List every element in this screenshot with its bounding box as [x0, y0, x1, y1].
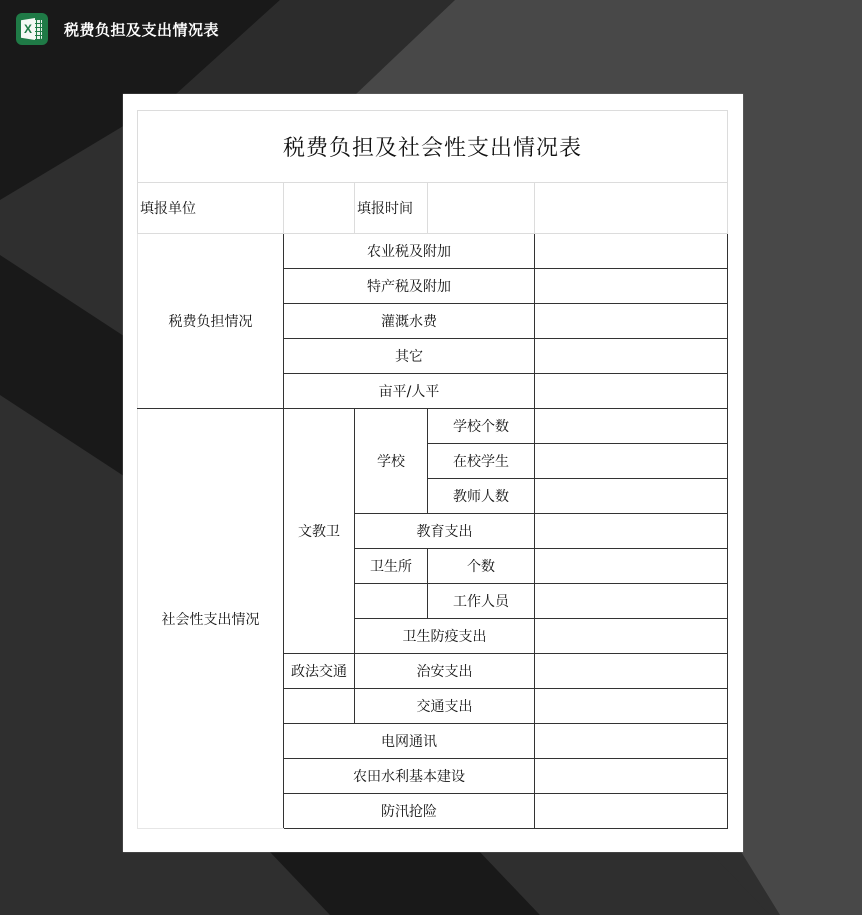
education-expense[interactable]: 教育支出	[355, 514, 535, 549]
excel-icon: X	[16, 13, 48, 45]
politics-transport-blank-cell[interactable]	[284, 689, 355, 724]
clinic-item[interactable]: 个数	[428, 549, 535, 584]
value-cell[interactable]	[535, 794, 728, 829]
app-title: 税费负担及支出情况表	[64, 19, 219, 40]
value-cell[interactable]	[535, 409, 728, 444]
social-section-label[interactable]: 社会性支出情况	[138, 409, 284, 829]
clinic-label[interactable]: 卫生所	[355, 549, 428, 584]
value-cell[interactable]	[535, 304, 728, 339]
value-cell[interactable]	[535, 654, 728, 689]
value-cell[interactable]	[535, 479, 728, 514]
value-cell[interactable]	[535, 339, 728, 374]
clinic-item[interactable]: 工作人员	[428, 584, 535, 619]
value-cell[interactable]	[535, 234, 728, 269]
value-cell[interactable]	[535, 269, 728, 304]
politics-transport-item[interactable]: 治安支出	[355, 654, 535, 689]
social-item[interactable]: 电网通讯	[284, 724, 535, 759]
school-item[interactable]: 学校个数	[428, 409, 535, 444]
spreadsheet-grid: 税费负担及社会性支出情况表 填报单位 填报时间 税费负担情况 农业税及附加 特产…	[137, 110, 728, 829]
social-item[interactable]: 农田水利基本建设	[284, 759, 535, 794]
tax-item[interactable]: 亩平/人平	[284, 374, 535, 409]
school-item[interactable]: 在校学生	[428, 444, 535, 479]
fill-unit-label[interactable]: 填报单位	[138, 183, 284, 234]
politics-transport-item[interactable]: 交通支出	[355, 689, 535, 724]
fill-unit-value[interactable]	[284, 183, 355, 234]
value-cell[interactable]	[535, 374, 728, 409]
school-item[interactable]: 教师人数	[428, 479, 535, 514]
value-cell[interactable]	[535, 514, 728, 549]
sheet-title[interactable]: 税费负担及社会性支出情况表	[138, 111, 728, 183]
fill-time-value[interactable]	[428, 183, 535, 234]
tax-social-expense-table: 税费负担及社会性支出情况表 填报单位 填报时间 税费负担情况 农业税及附加 特产…	[137, 110, 728, 829]
spreadsheet-page: 税费负担及社会性支出情况表 填报单位 填报时间 税费负担情况 农业税及附加 特产…	[123, 94, 743, 852]
value-cell[interactable]	[535, 689, 728, 724]
value-cell[interactable]	[535, 584, 728, 619]
value-cell[interactable]	[535, 619, 728, 654]
tax-item[interactable]: 其它	[284, 339, 535, 374]
social-item[interactable]: 防汛抢险	[284, 794, 535, 829]
politics-transport-label[interactable]: 政法交通	[284, 654, 355, 689]
tax-item[interactable]: 灌溉水费	[284, 304, 535, 339]
tax-item[interactable]: 农业税及附加	[284, 234, 535, 269]
fill-row-blank[interactable]	[535, 183, 728, 234]
tax-section-label[interactable]: 税费负担情况	[138, 234, 284, 409]
app-header: X 税费负担及支出情况表	[16, 13, 219, 45]
value-cell[interactable]	[535, 759, 728, 794]
school-label[interactable]: 学校	[355, 409, 428, 514]
value-cell[interactable]	[535, 444, 728, 479]
tax-item[interactable]: 特产税及附加	[284, 269, 535, 304]
value-cell[interactable]	[535, 724, 728, 759]
fill-time-label[interactable]: 填报时间	[355, 183, 428, 234]
culture-edu-health-label[interactable]: 文教卫	[284, 409, 355, 654]
value-cell[interactable]	[535, 549, 728, 584]
epidemic-expense[interactable]: 卫生防疫支出	[355, 619, 535, 654]
clinic-blank-cell[interactable]	[355, 584, 428, 619]
